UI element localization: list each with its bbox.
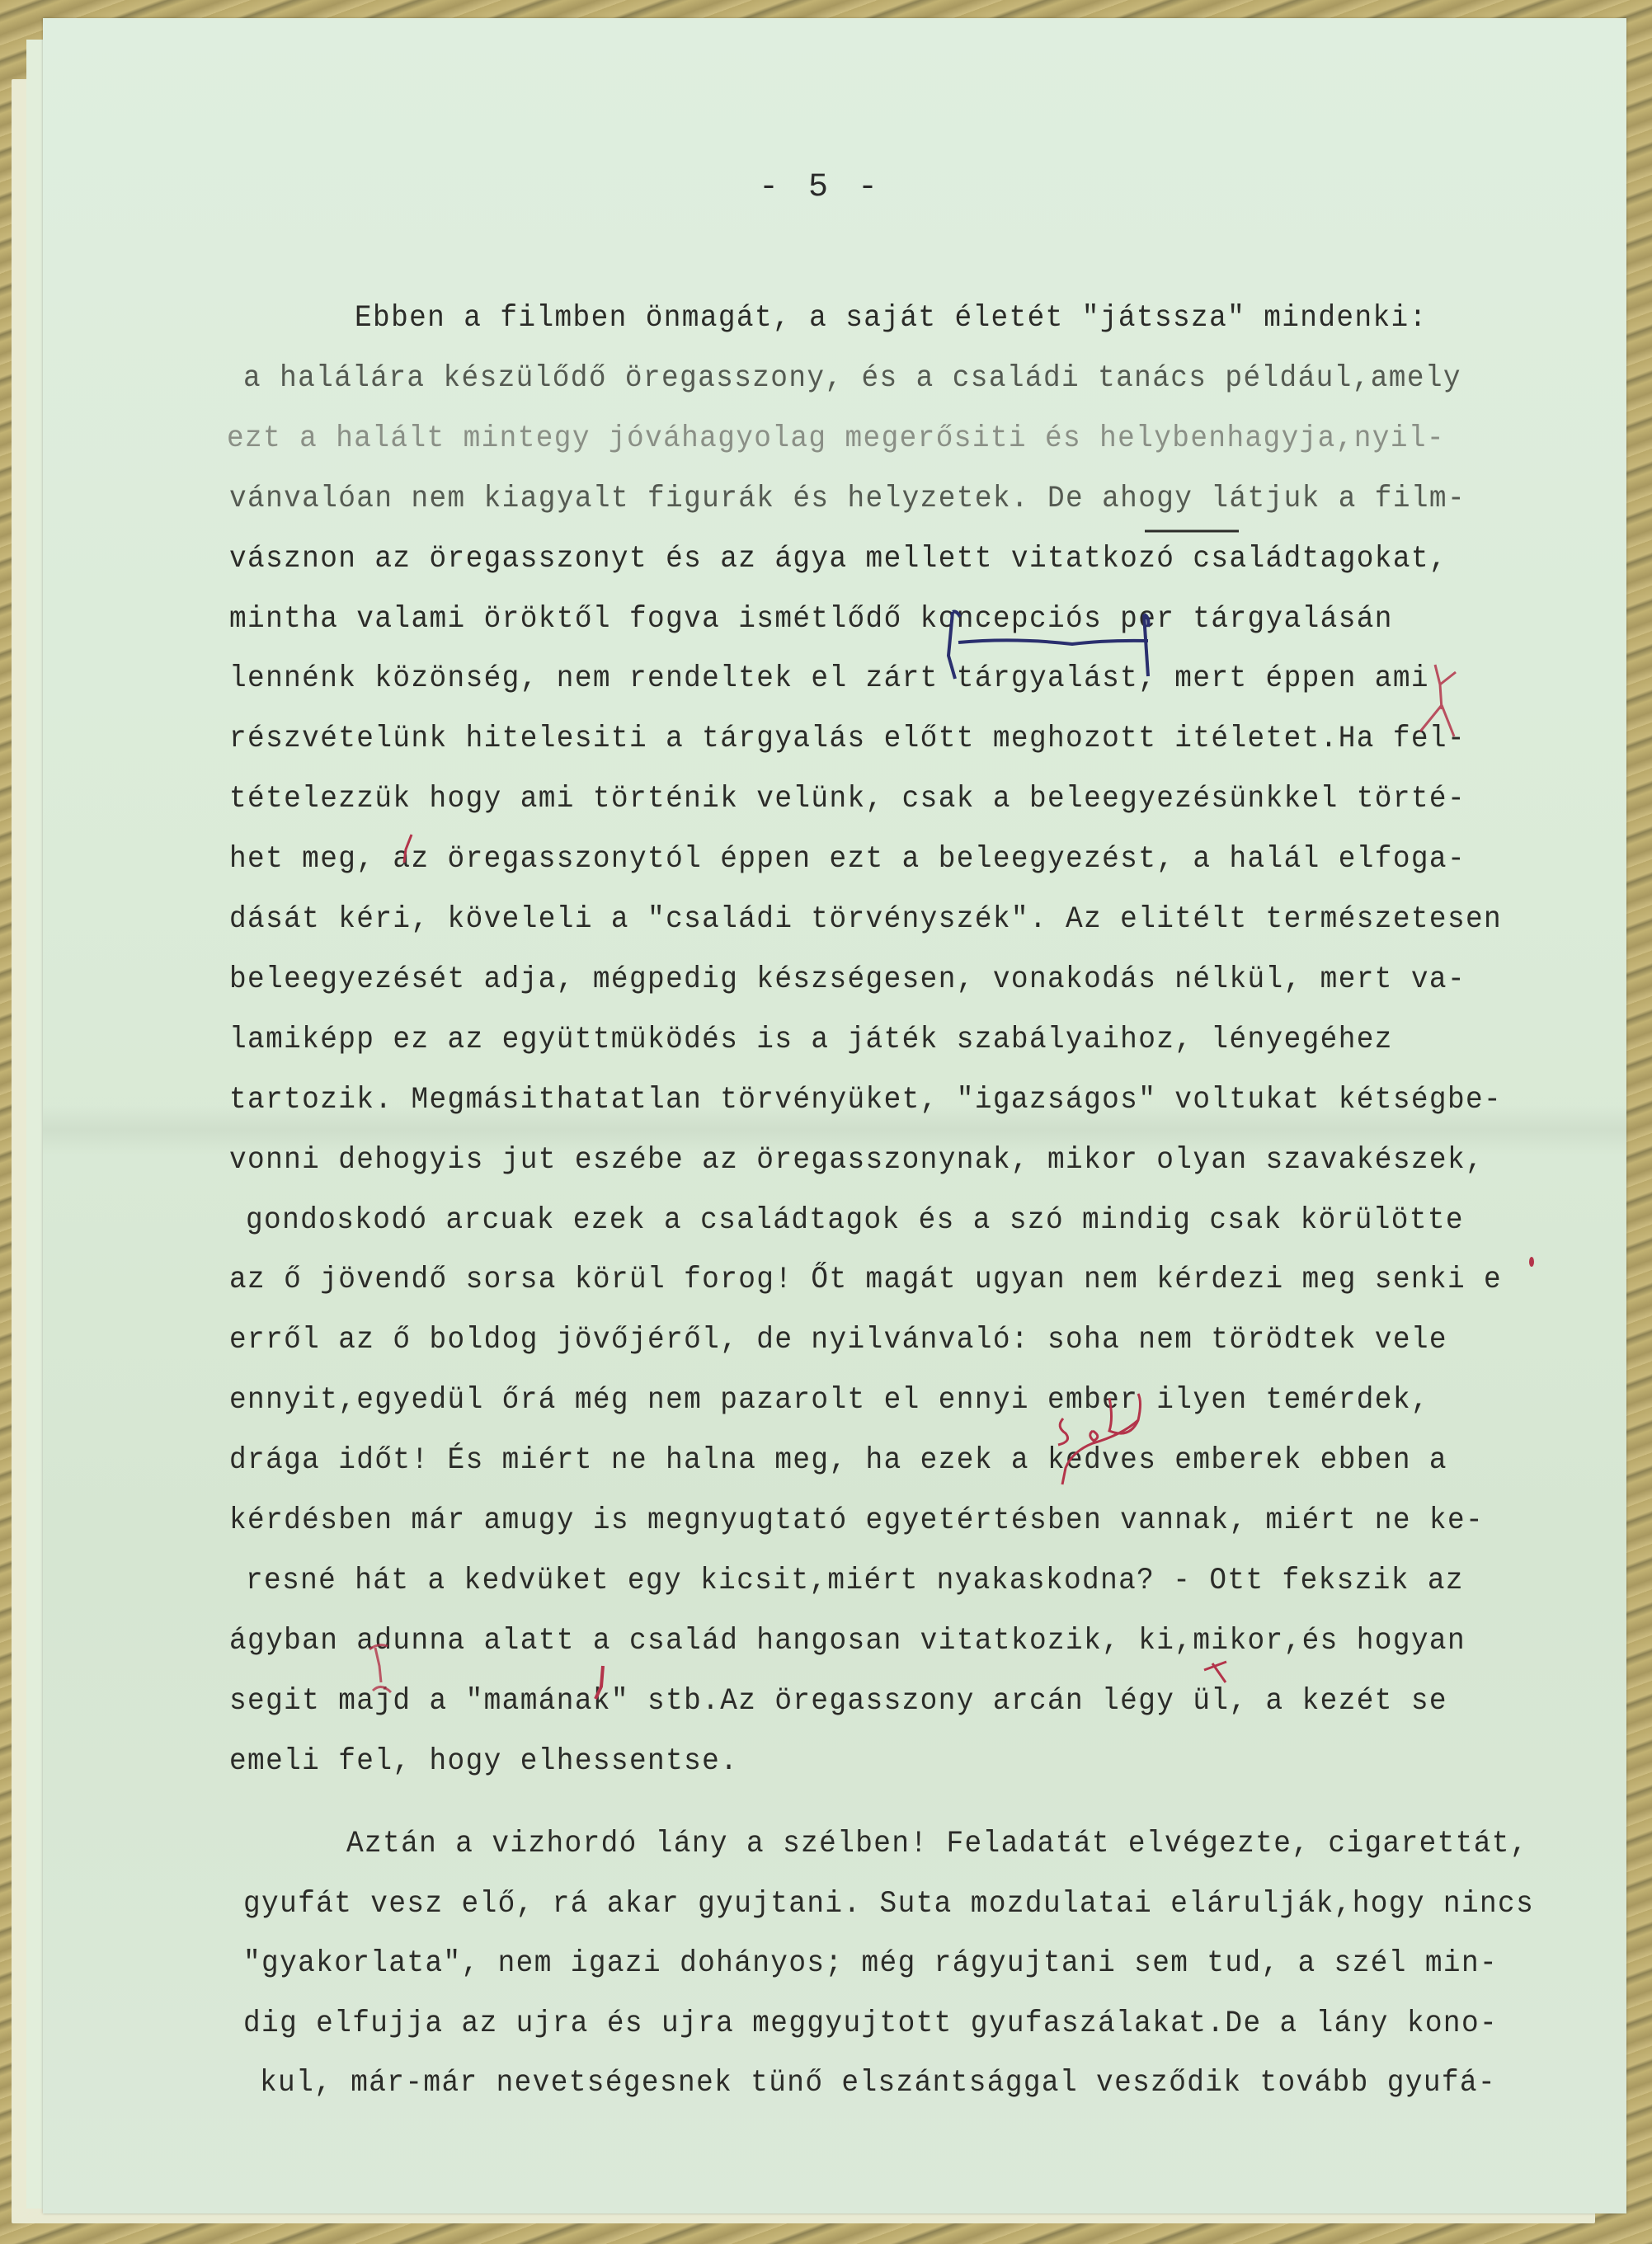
text-line: vonni dehogyis jut eszébe az öregasszony… xyxy=(229,1143,1484,1178)
text-line: resné hát a kedvüket egy kicsit,miért ny… xyxy=(246,1564,1464,1598)
text-line: lennénk közönség, nem rendeltek el zárt … xyxy=(229,661,1429,696)
text-line: Ebben a filmben önmagát, a saját életét … xyxy=(355,301,1428,336)
text-line: tételezzük hogy ami történik velünk, csa… xyxy=(229,782,1466,816)
text-line: részvételünk hitelesiti a tárgyalás előt… xyxy=(229,722,1466,756)
text-line: drága időt! És miért ne halna meg, ha ez… xyxy=(229,1443,1447,1478)
text-line: a halálára készülődő öregasszony, és a c… xyxy=(243,361,1461,396)
page-number: - 5 - xyxy=(759,169,882,206)
text-line: dását kéri, köveleli a "családi törvénys… xyxy=(229,902,1502,937)
text-line: lamiképp ez az együttmüködés is a játék … xyxy=(229,1023,1393,1057)
text-line: mintha valami öröktől fogva ismétlődő ko… xyxy=(229,602,1393,637)
text-line: ezt a halált mintegy jóváhagyolag megerő… xyxy=(227,421,1445,456)
text-line: emeli fel, hogy elhessentse. xyxy=(229,1744,738,1779)
text-line: dig elfujja az ujra és ujra meggyujtott … xyxy=(243,2006,1498,2041)
text-line: gyufát vesz elő, rá akar gyujtani. Suta … xyxy=(243,1887,1534,1922)
text-line: vásznon az öregasszonyt és az ágya melle… xyxy=(229,542,1447,576)
text-line: gondoskodó arcuak ezek a családtagok és … xyxy=(246,1203,1464,1238)
text-line: az ő jövendő sorsa körül forog! Őt magát… xyxy=(229,1263,1502,1297)
text-line: kul, már-már nevetségesnek tünő elszánts… xyxy=(260,2066,1496,2101)
text-line: het meg, az öregasszonytól éppen ezt a b… xyxy=(229,842,1466,877)
text-line: "gyakorlata", nem igazi dohányos; még rá… xyxy=(243,1946,1498,1981)
text-line: ennyit,egyedül őrá még nem pazarolt el e… xyxy=(229,1383,1429,1418)
text-line: tartozik. Megmásithatatlan törvényüket, … xyxy=(229,1083,1502,1117)
text-line: Aztán a vizhordó lány a szélben! Feladat… xyxy=(346,1827,1528,1861)
text-line: kérdésben már amugy is megnyugtató egyet… xyxy=(229,1503,1484,1538)
text-line: vánvalóan nem kiagyalt figurák és helyze… xyxy=(229,482,1466,516)
text-line: beleegyezését adja, mégpedig készségesen… xyxy=(229,962,1466,997)
text-line: erről az ő boldog jövőjéről, de nyilvánv… xyxy=(229,1323,1447,1357)
text-line: ágyban adunna alatt a család hangosan vi… xyxy=(229,1624,1466,1658)
text-line: segit majd a "mamának" stb.Az öregasszon… xyxy=(229,1684,1447,1719)
